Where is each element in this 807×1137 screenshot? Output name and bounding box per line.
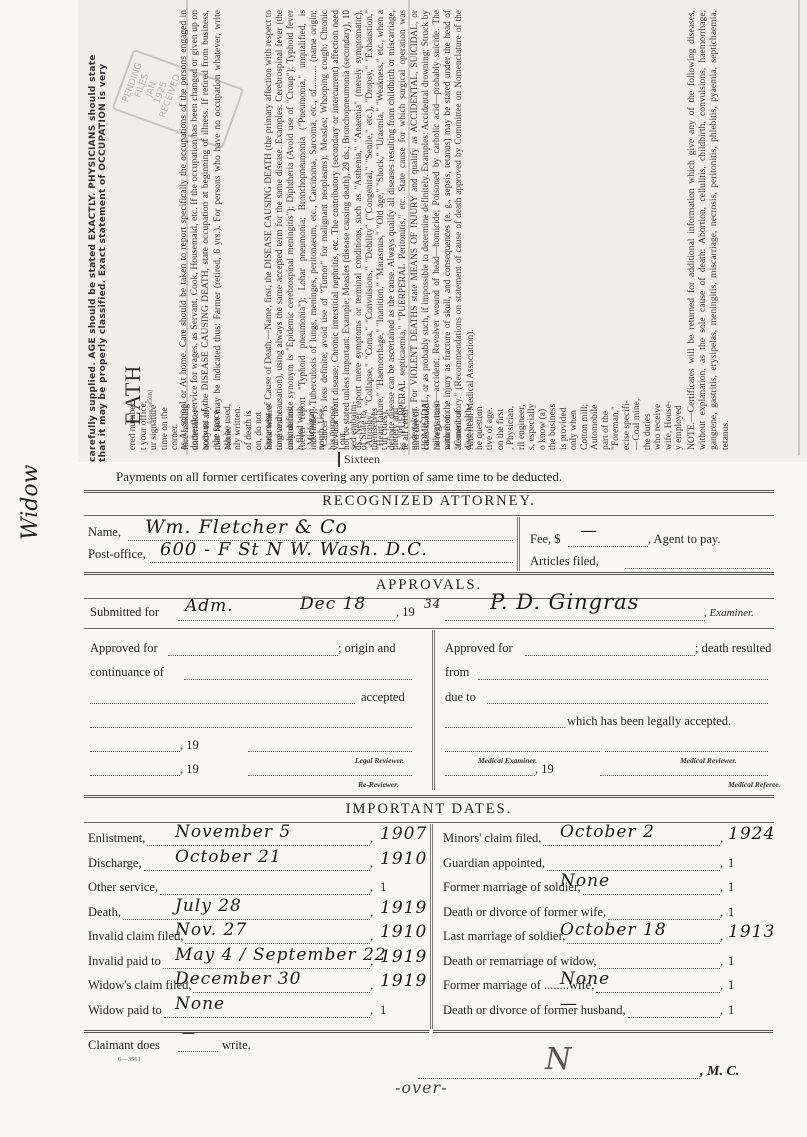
date-row-label: Death, xyxy=(88,905,121,920)
attached-sheet-header: carefully supplied. AGE should be stated… xyxy=(88,54,108,462)
attorney-post-office-label: Post-office, xyxy=(88,547,146,562)
divider xyxy=(433,1030,773,1033)
due-to-line xyxy=(487,703,768,704)
instruction-fragment: institutions, xyxy=(286,340,297,450)
instruction-fragment: cates should xyxy=(422,340,433,450)
instruction-fragment: ash be used, xyxy=(223,340,234,450)
widow-side-annotation: Widow xyxy=(18,465,43,540)
instruction-fragment: fore making xyxy=(181,340,192,450)
column-divider xyxy=(432,630,435,790)
medical-referee-date-line xyxy=(445,775,535,776)
instruction-fragment: istrar where xyxy=(265,340,276,450)
comma: , xyxy=(370,856,373,871)
date-row-year: 1924 xyxy=(728,824,775,844)
origin-and-label: ; origin and xyxy=(338,641,396,656)
instruction-fragment: of death is xyxy=(244,340,255,450)
instruction-fragment: , the space xyxy=(212,340,223,450)
instruction-fragment: Cotton mill; xyxy=(580,340,591,450)
date-row-label: Widow paid to xyxy=(88,1003,162,1018)
date-row-year: 1 xyxy=(728,978,734,993)
submitted-for-label: Submitted for xyxy=(90,605,159,620)
comma: , xyxy=(370,978,373,993)
date-row-label: Death or divorce of former wife, xyxy=(443,905,606,920)
instruction-fragment: le all certif- xyxy=(401,340,412,450)
agent-to-pay-label: , Agent to pay. xyxy=(648,532,720,547)
instruction-fragment: part of the xyxy=(601,340,612,450)
medical-examiner-label: Medical Examiner. xyxy=(478,756,537,765)
legal-review-date-line xyxy=(90,751,180,752)
instruction-fragment: he question xyxy=(475,340,486,450)
legal-reviewer-line xyxy=(248,751,412,752)
instruction-fragment: only when xyxy=(569,340,580,450)
approved-for-label-right: Approved for xyxy=(445,641,513,656)
fee-line xyxy=(568,546,648,547)
divider xyxy=(84,795,774,798)
submitted-year-value: 34 xyxy=(424,597,441,611)
instruction-fragment: s, especially xyxy=(527,340,538,450)
sixteen-label: Sixteen xyxy=(338,452,384,467)
instruction-fragment: , Michigan, xyxy=(307,340,318,450)
date-row-value: None xyxy=(560,871,610,891)
mc-label: , M. C. xyxy=(700,1064,739,1080)
medical-reviewer-label: Medical Reviewer. xyxy=(680,756,737,765)
instruction-fragment: the duties xyxy=(643,340,654,450)
attorney-section-title: RECOGNIZED ATTORNEY. xyxy=(84,493,774,510)
comma: , xyxy=(720,880,723,895)
date-row-label: Enlistment, xyxy=(88,831,145,846)
accepted-line xyxy=(90,703,355,704)
instruction-fragment: he registrars xyxy=(433,340,444,450)
medical-referee-line xyxy=(600,775,768,776)
fold-line xyxy=(798,0,800,455)
form-number: 6—3561 xyxy=(118,1056,141,1063)
instruction-fragment: pletely and xyxy=(391,340,402,450)
instruction-fragment: on the first xyxy=(496,340,507,450)
blank-line xyxy=(90,727,412,728)
fee-value: — xyxy=(580,521,598,541)
date-row-year: 1910 xyxy=(380,849,427,869)
instruction-fragment: t in cities), xyxy=(380,340,391,450)
examiner-signature: P. D. Gingras xyxy=(490,590,639,614)
submitted-date-value: Dec 18 xyxy=(300,594,366,614)
claimant-does-value: — xyxy=(182,1026,196,1041)
divider xyxy=(84,628,774,629)
comma: , xyxy=(720,856,723,871)
date-row-year: 1 xyxy=(728,1003,734,1018)
attorney-post-office-line xyxy=(150,562,513,563)
date-row-line xyxy=(567,943,720,944)
divider xyxy=(84,1030,429,1033)
attorney-name-value: Wm. Fletcher & Co xyxy=(145,516,348,538)
instruction-fragment: ecise specifi- xyxy=(622,340,633,450)
instruction-fragment: h filed with xyxy=(296,340,307,450)
date-row-year: 1 xyxy=(728,905,734,920)
date-row-line xyxy=(596,992,720,993)
date-row-line xyxy=(583,894,720,895)
instruction-fragment: with them. xyxy=(443,340,454,450)
instruction-fragment: nonth. Use xyxy=(317,340,328,450)
instruction-fragment: sed embalm- xyxy=(349,340,360,450)
instruction-fragment: his purpose, xyxy=(328,340,339,450)
payments-note: Payments on all former certificates cove… xyxy=(116,469,562,485)
date-row-line xyxy=(144,870,370,871)
date-row-value: December 30 xyxy=(175,969,302,989)
re-review-year-label: , 19 xyxy=(180,762,199,777)
approved-for-label-left: Approved for xyxy=(90,641,158,656)
comma: , xyxy=(720,831,723,846)
column-divider xyxy=(517,517,520,571)
date-row-value: October 18 xyxy=(560,920,667,940)
date-row-value: Nov. 27 xyxy=(175,920,247,940)
instruction-fragment: of State to xyxy=(359,340,370,450)
date-row-label: Death or remarriage of widow, xyxy=(443,954,597,969)
date-row-year: 1907 xyxy=(380,824,427,844)
association-fragment: Association) xyxy=(146,390,154,425)
instruction-fragment: undertaker xyxy=(191,340,202,450)
attorney-post-office-value: 600 - F St N W. Wash. D.C. xyxy=(160,539,428,560)
divider xyxy=(84,572,774,575)
instruction-fragment: tive of age. xyxy=(485,340,496,450)
instruction-fragment: dive health- xyxy=(464,340,475,450)
instruction-fragment: y employed xyxy=(674,340,685,450)
date-row-line xyxy=(628,1017,720,1018)
articles-filed-line xyxy=(625,568,770,569)
comma: , xyxy=(370,954,373,969)
attached-death-certificate-sheet: PENDING FILES JAN 1925 RECEIVED as At sc… xyxy=(78,0,807,462)
date-row-value: — xyxy=(560,994,578,1014)
date-row-year: 1 xyxy=(380,880,386,895)
comma: , xyxy=(370,905,373,920)
instruction-fragment: corner. xyxy=(170,340,181,450)
approved-for-line-left xyxy=(168,655,338,656)
medical-examiner-line xyxy=(445,751,600,752)
instruction-fragment: wife, House- xyxy=(664,340,675,450)
death-resulted-label: ; death resulted xyxy=(695,641,771,656)
important-dates-section-title: IMPORTANT DATES. xyxy=(84,801,774,818)
date-row-line xyxy=(599,968,720,969)
instruction-fragment: nly written. xyxy=(233,340,244,450)
date-row-label: Guardian appointed, xyxy=(443,856,545,871)
comma: , xyxy=(720,905,723,920)
claimant-does-label: Claimant does xyxy=(88,1038,160,1053)
comma: , xyxy=(370,831,373,846)
re-reviewer-line xyxy=(248,775,412,776)
date-row-value: October 2 xyxy=(560,822,655,842)
instruction-fragment: body to any xyxy=(202,340,213,450)
mc-signature-line xyxy=(418,1078,700,1079)
date-row-value: May 4 / September 22 xyxy=(175,945,387,965)
medical-referee-year-label: , 19 xyxy=(535,762,554,777)
due-to-label: due to xyxy=(445,690,476,705)
attorney-name-label: Name, xyxy=(88,525,121,540)
approved-for-line-right xyxy=(525,655,695,656)
medical-reviewer-line xyxy=(605,751,768,752)
date-row-label: Death or divorce of former husband, xyxy=(443,1003,626,1018)
instruction-fragment: Automobile xyxy=(590,340,601,450)
accepted-label: accepted xyxy=(361,690,405,705)
instruction-fragment: who receive xyxy=(653,340,664,450)
instruction-fragment: time on the xyxy=(160,340,171,450)
legal-reviewer-label: Legal Reviewer. xyxy=(355,756,404,765)
comma: , xyxy=(370,1003,373,1018)
legal-review-year-label: , 19 xyxy=(180,738,199,753)
instruction-fragment: on, do not xyxy=(254,340,265,450)
comma: , xyxy=(370,929,373,944)
comma: , xyxy=(720,954,723,969)
comma: , xyxy=(720,978,723,993)
claimant-write-label: write. xyxy=(222,1038,251,1053)
fee-label: Fee, $ xyxy=(530,532,561,547)
over-note: -over- xyxy=(395,1078,448,1097)
date-row-year: 1919 xyxy=(380,971,427,991)
submitted-for-value: Adm. xyxy=(185,596,234,616)
instruction-fragment: l out. xyxy=(338,340,349,450)
claimant-does-line xyxy=(178,1051,218,1052)
examiner-line xyxy=(445,620,705,621)
instruction-fragment: —Coal mine, xyxy=(632,340,643,450)
date-row-value: October 21 xyxy=(175,847,282,867)
date-row-year: 1 xyxy=(728,880,734,895)
mc-signature: N xyxy=(545,1042,572,1077)
instruction-fragment: hird day of xyxy=(412,340,423,450)
instruction-fragment: o know (a) xyxy=(538,340,549,450)
instruction-fragment: atement of xyxy=(454,340,465,450)
date-row-line xyxy=(164,1017,370,1018)
submitted-for-line xyxy=(178,620,298,621)
comma: , xyxy=(720,1003,723,1018)
instruction-fragment: ril engineer, xyxy=(517,340,528,450)
instruction-fragment: "Foreman," xyxy=(611,340,622,450)
date-row-label: Invalid paid to xyxy=(88,954,161,969)
re-review-date-line xyxy=(90,775,180,776)
pension-record-page: PENDING FILES JAN 1925 RECEIVED as At sc… xyxy=(0,0,807,1137)
comma: , xyxy=(720,929,723,944)
approvals-section-title: APPROVALS. xyxy=(84,577,774,594)
date-row-line xyxy=(543,845,720,846)
comma: , xyxy=(370,880,373,895)
articles-filed-label: Articles filed, xyxy=(530,554,599,569)
date-row-year: 1 xyxy=(728,856,734,871)
date-row-year: 1919 xyxy=(380,947,427,967)
date-row-year: 1 xyxy=(380,1003,386,1018)
continuance-line xyxy=(184,679,412,680)
date-row-year: 1 xyxy=(728,954,734,969)
column-divider xyxy=(430,824,433,1029)
medical-referee-label: Medical Referee. xyxy=(728,780,780,789)
certificate-title-fragment: EATH xyxy=(120,365,146,425)
date-row-label: Minors' claim filed, xyxy=(443,831,541,846)
instruction-fragment: is provided xyxy=(559,340,570,450)
date-row-label: Invalid claim filed, xyxy=(88,929,183,944)
date-row-value: None xyxy=(560,969,610,989)
legally-accepted-label: which has been legally accepted. xyxy=(567,714,731,729)
date-row-value: July 28 xyxy=(175,896,242,916)
note-instructions: NOTE.—Certificates will be returned for … xyxy=(686,10,731,450)
continuance-label: continuance of xyxy=(90,665,164,680)
left-instruction-fragments: ered numbert your office,ur signaturetim… xyxy=(128,340,685,450)
date-row-year: 1910 xyxy=(380,922,427,942)
instruction-fragment: the business xyxy=(548,340,559,450)
date-row-label: Other service, xyxy=(88,880,158,895)
instruction-fragment: themselves xyxy=(370,340,381,450)
from-line xyxy=(478,679,768,680)
from-label: from xyxy=(445,665,469,680)
date-row-value: None xyxy=(175,994,225,1014)
legally-accepted-line xyxy=(445,727,565,728)
submitted-date-line xyxy=(300,620,395,621)
date-row-label: Discharge, xyxy=(88,856,142,871)
date-row-year: 1919 xyxy=(380,898,427,918)
date-row-label: Last marriage of soldier, xyxy=(443,929,565,944)
date-row-value: November 5 xyxy=(175,822,291,842)
instruction-fragment: , Physician, xyxy=(506,340,517,450)
submitted-year-prefix: , 19 xyxy=(396,605,415,620)
date-row-year: 1913 xyxy=(728,922,775,942)
instruction-fragment: to give the xyxy=(275,340,286,450)
examiner-label: , Examiner. xyxy=(704,607,754,619)
re-reviewer-label: Re-Reviewer. xyxy=(358,780,399,789)
